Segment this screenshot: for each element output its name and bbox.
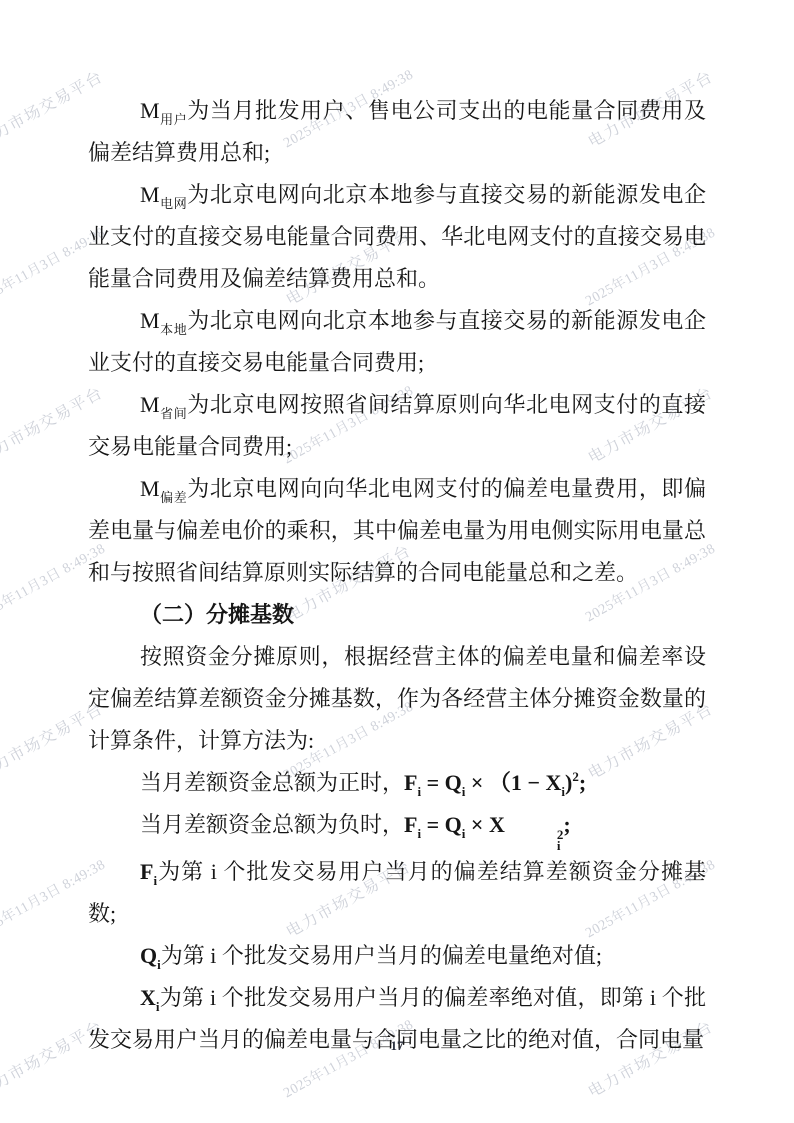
math-var-base: M xyxy=(140,98,160,123)
math-var: M省间 xyxy=(140,392,187,417)
math-supsub-stack: 2i xyxy=(505,829,564,851)
math-var-base: F xyxy=(404,812,417,837)
paragraph: 当月差额资金总额为正时，Fi = Qi × （1 − Xi)2; xyxy=(88,762,706,804)
math-var-base: M xyxy=(140,476,160,501)
text-run: 为第 i 个批发交易用户当月的偏差结算差额资金分摊基数; xyxy=(88,859,706,926)
math-var-base: Q xyxy=(140,943,157,968)
text-run: = xyxy=(421,812,445,837)
math-var-base: M xyxy=(140,392,160,417)
math-var-base: Q xyxy=(445,812,462,837)
section-heading: （二）分摊基数 xyxy=(88,594,706,636)
page-number: 17 xyxy=(0,1038,794,1054)
math-var-subscript: 偏差 xyxy=(160,490,188,505)
math-var-subscript: 本地 xyxy=(160,322,188,337)
math-var: Fi xyxy=(404,770,421,795)
text-run: ; xyxy=(563,812,570,837)
math-var: M本地 xyxy=(140,308,187,333)
document-page: 电力市场交易平台2025年11月3日 8:49:38电力市场交易平台2025年1… xyxy=(0,0,794,1123)
paragraph: M本地为北京电网向北京本地参与直接交易的新能源发电企业支付的直接交易电能量合同费… xyxy=(88,300,706,384)
math-var: X2i xyxy=(489,812,563,837)
math-var: Xi xyxy=(545,770,565,795)
text-run: 为第 i 个批发交易用户当月的偏差电量绝对值; xyxy=(161,943,602,968)
text-run: × （1 − xyxy=(465,770,545,795)
paragraph: Qi为第 i 个批发交易用户当月的偏差电量绝对值; xyxy=(88,935,706,977)
math-var: Fi xyxy=(140,859,157,884)
math-var-base: X xyxy=(140,985,156,1010)
math-var-base: Q xyxy=(445,770,462,795)
math-var: M用户 xyxy=(140,98,187,123)
paragraph: M省间为北京电网按照省间结算原则向华北电网支付的直接交易电能量合同费用; xyxy=(88,384,706,468)
paragraph: 按照资金分摊原则，根据经营主体的偏差电量和偏差率设定偏差结算差额资金分摊基数，作… xyxy=(88,636,706,762)
text-run: × xyxy=(465,812,489,837)
text-run: 按照资金分摊原则，根据经营主体的偏差电量和偏差率设定偏差结算差额资金分摊基数，作… xyxy=(88,644,706,753)
math-var-base: M xyxy=(140,308,160,333)
text-run: ; xyxy=(579,770,586,795)
paragraph: M偏差为北京电网向向华北电网支付的偏差电量费用，即偏差电量与偏差电价的乘积，其中… xyxy=(88,468,706,594)
document-body: M用户为当月批发用户、售电公司支出的电能量合同费用及偏差结算费用总和;M电网为北… xyxy=(88,90,706,1061)
math-var-subscript: 电网 xyxy=(160,196,188,211)
text-run: 当月差额资金总额为正时， xyxy=(140,770,404,795)
math-var-base: X xyxy=(489,812,505,837)
math-var-subscript: 省间 xyxy=(160,406,188,421)
math-var-base: F xyxy=(404,770,417,795)
math-var: Fi xyxy=(404,812,421,837)
math-var-base: X xyxy=(545,770,561,795)
text-run: 当月差额资金总额为负时， xyxy=(140,812,404,837)
math-var: Xi xyxy=(140,985,160,1010)
math-superscript: 2 xyxy=(505,829,564,840)
math-var: M电网 xyxy=(140,182,187,207)
math-var: Qi xyxy=(140,943,161,968)
paragraph: Fi为第 i 个批发交易用户当月的偏差结算差额资金分摊基数; xyxy=(88,851,706,935)
math-var-base: M xyxy=(140,182,160,207)
paragraph: M电网为北京电网向北京本地参与直接交易的新能源发电企业支付的直接交易电能量合同费… xyxy=(88,174,706,300)
math-var: M偏差 xyxy=(140,476,187,501)
math-var-subscript: 用户 xyxy=(160,112,188,127)
math-var: Qi xyxy=(445,812,466,837)
text-run: （二）分摊基数 xyxy=(140,602,294,627)
math-var-subscript: i xyxy=(505,840,561,851)
math-var: Qi xyxy=(445,770,466,795)
paragraph: M用户为当月批发用户、售电公司支出的电能量合同费用及偏差结算费用总和; xyxy=(88,90,706,174)
text-run: = xyxy=(421,770,445,795)
paragraph: 当月差额资金总额为负时，Fi = Qi × X2i; xyxy=(88,804,706,851)
math-var-base: F xyxy=(140,859,153,884)
